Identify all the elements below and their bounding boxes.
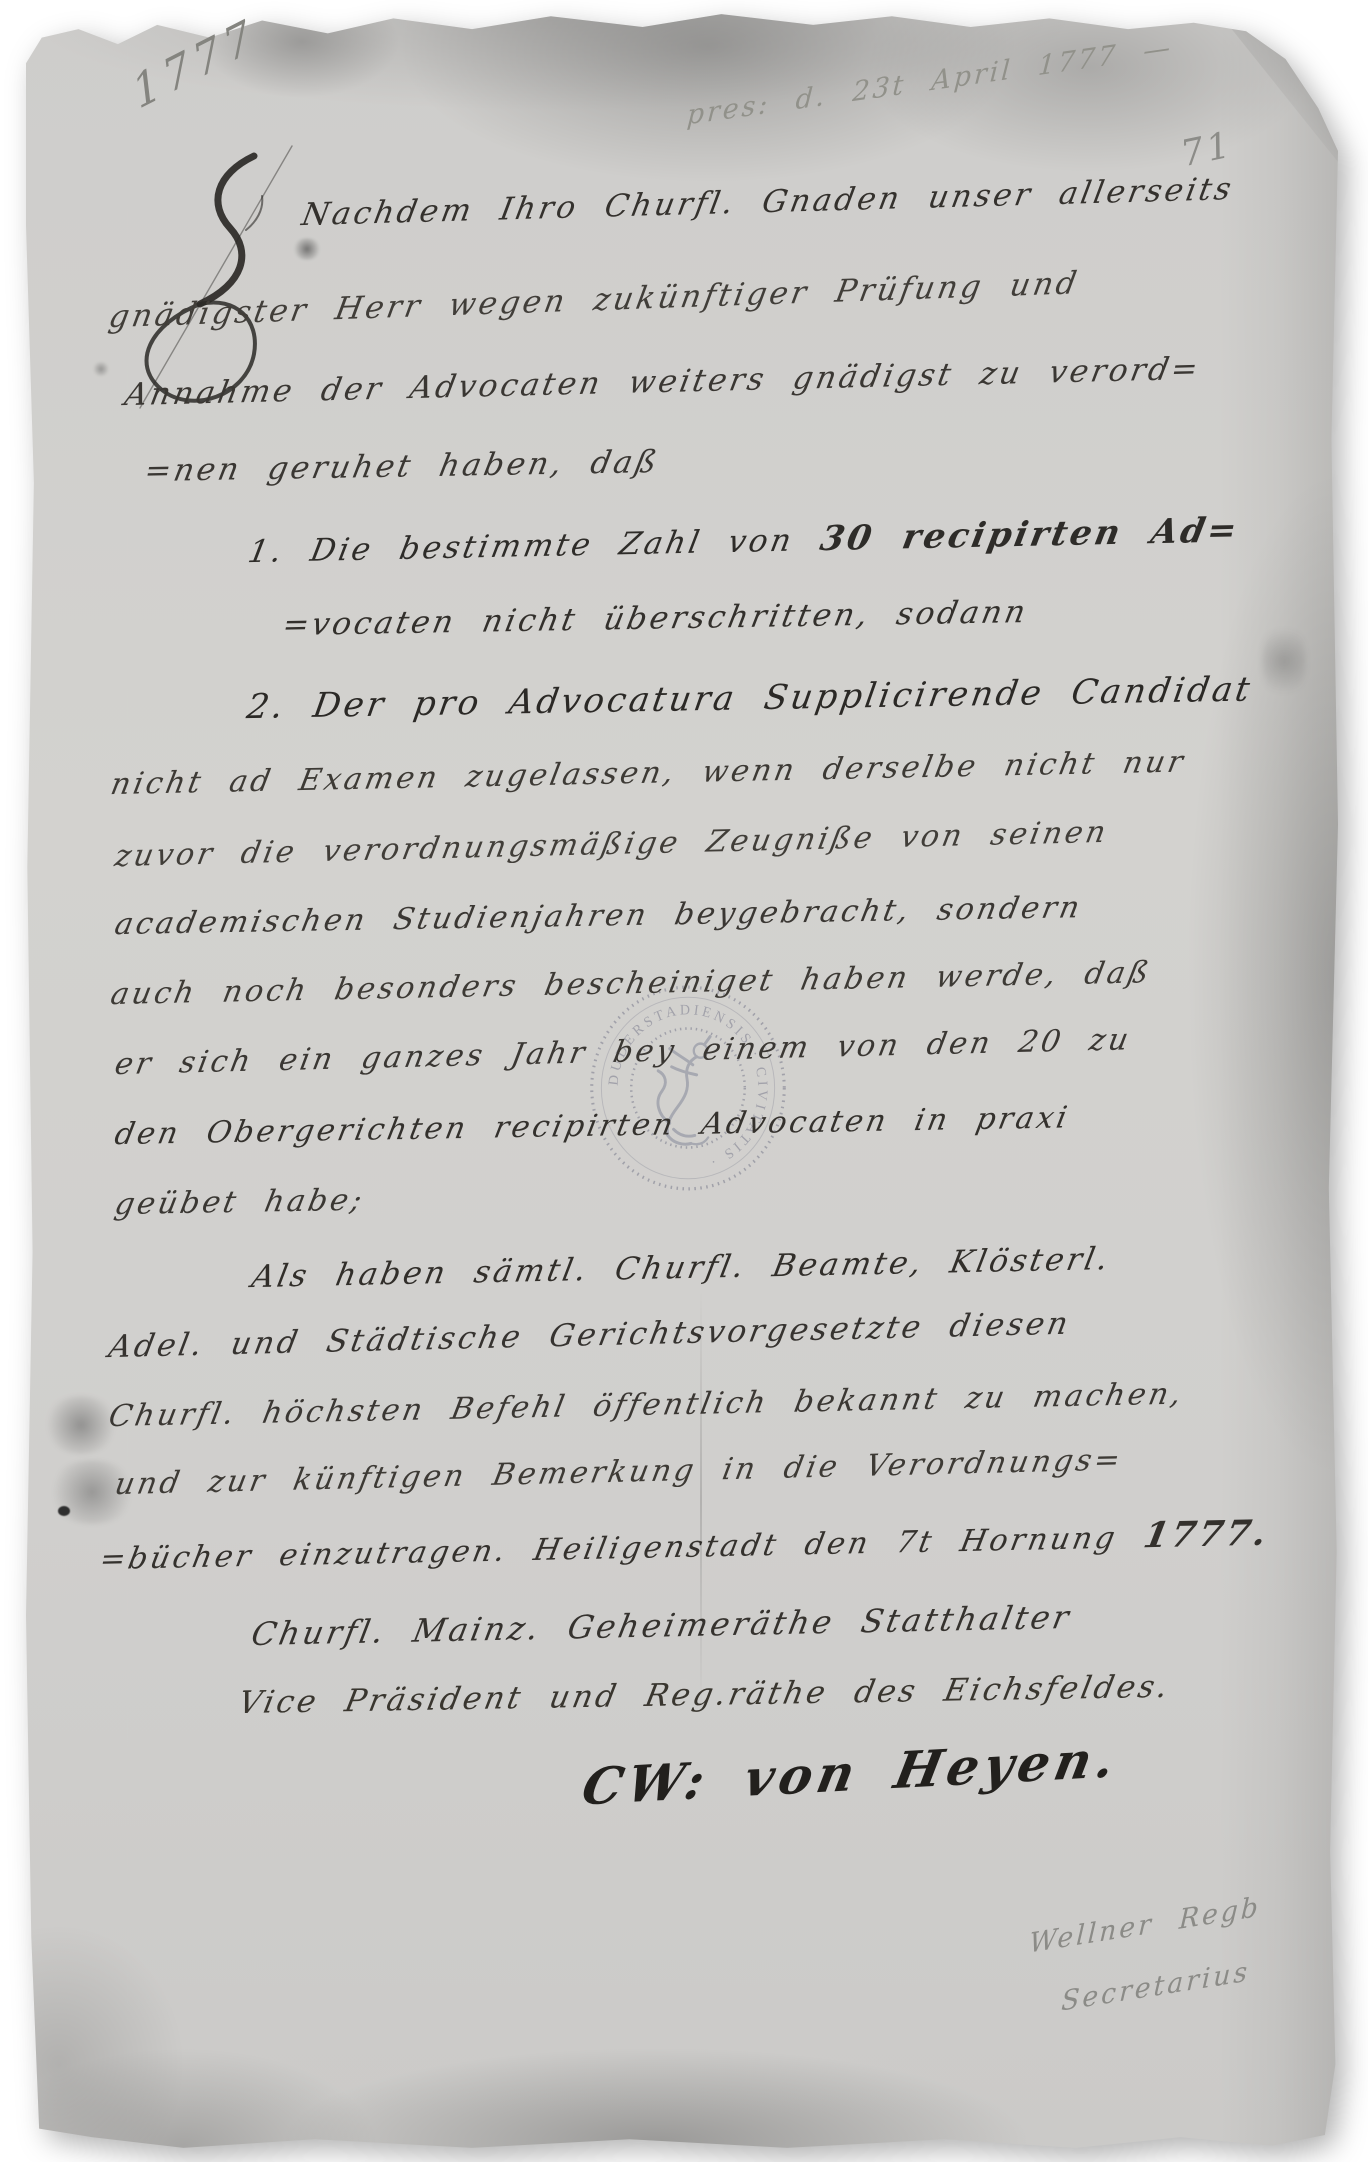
paper-dogear-fold [1218, 12, 1338, 162]
document-scan: { "annotations": { "year_note": "1777", … [0, 0, 1368, 2162]
paper-sheet [26, 12, 1338, 2150]
paper-surface [26, 12, 1338, 2150]
